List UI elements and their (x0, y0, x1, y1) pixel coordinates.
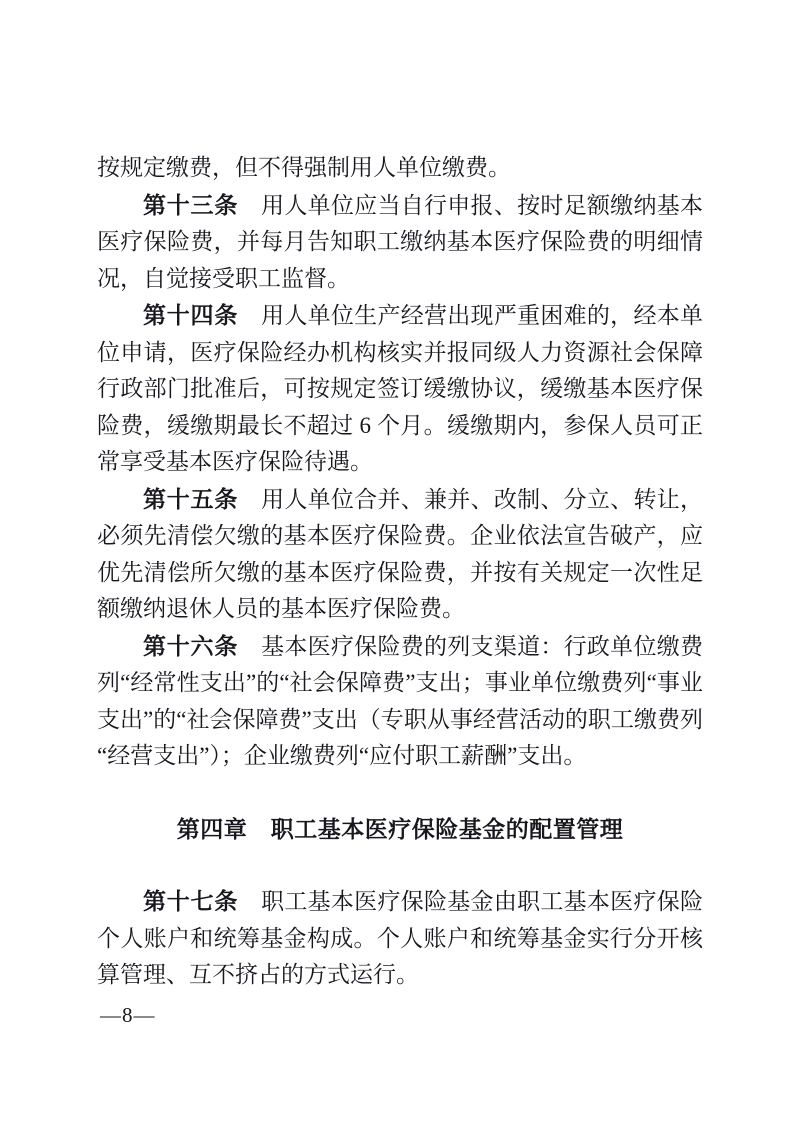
article-paragraph-15: 第十五条用人单位合并、兼并、改制、分立、转让，必须先清偿欠缴的基本医疗保险费。企… (97, 481, 703, 628)
page-number: —8— (100, 1000, 156, 1030)
document-page: 按规定缴费，但不得强制用人单位缴费。 第十三条用人单位应当自行申报、按时足额缴纳… (0, 0, 794, 1123)
article-label: 第十四条 (143, 302, 238, 328)
article-label: 第十三条 (143, 192, 238, 218)
document-body: 按规定缴费，但不得强制用人单位缴费。 第十三条用人单位应当自行申报、按时足额缴纳… (97, 150, 703, 994)
article-paragraph-16: 第十六条基本医疗保险费的列支渠道：行政单位缴费列“经常性支出”的“社会保障费”支… (97, 628, 703, 775)
article-label: 第十六条 (143, 633, 238, 659)
article-paragraph-14: 第十四条用人单位生产经营出现严重困难的，经本单位申请，医疗保险经办机构核实并报同… (97, 297, 703, 481)
article-text: 用人单位生产经营出现严重困难的，经本单位申请，医疗保险经办机构核实并报同级人力资… (97, 303, 703, 474)
article-paragraph-17: 第十七条职工基本医疗保险基金由职工基本医疗保险个人账户和统筹基金构成。个人账户和… (97, 883, 703, 994)
article-paragraph-13: 第十三条用人单位应当自行申报、按时足额缴纳基本医疗保险费，并每月告知职工缴纳基本… (97, 187, 703, 298)
paragraph-continuation: 按规定缴费，但不得强制用人单位缴费。 (97, 150, 703, 187)
article-label: 第十五条 (143, 486, 238, 512)
article-label: 第十七条 (143, 888, 238, 914)
chapter-heading: 第四章 职工基本医疗保险基金的配置管理 (97, 811, 703, 848)
